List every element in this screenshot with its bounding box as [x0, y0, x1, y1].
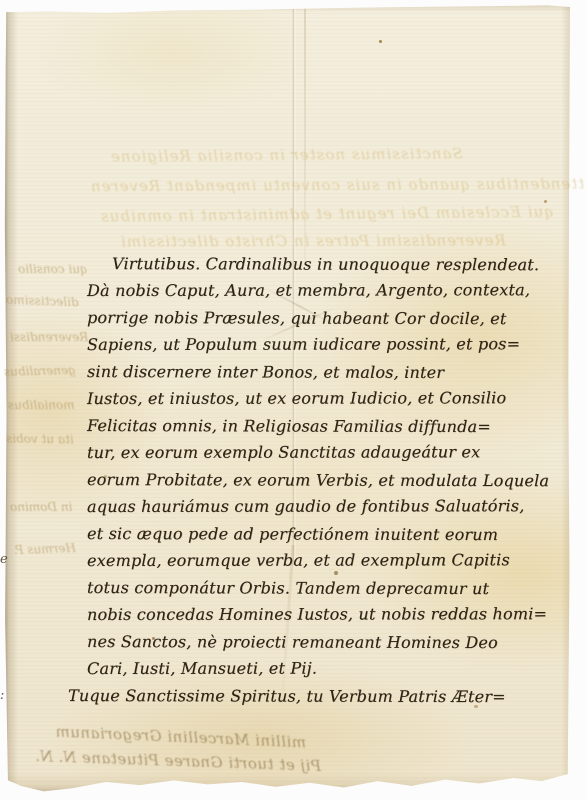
manuscript-line: Iustos, et iniustos, ut ex eorum Iudicio…: [87, 384, 569, 412]
manuscript-text-block: Virtutibus. Cardinalibus in unoquoque re…: [87, 250, 569, 709]
manuscript-line: totus componátur Orbis. Tandem deprecamu…: [87, 574, 569, 602]
manuscript-line: Tuque Sanctissime Spiritus, tu Verbum Pa…: [68, 682, 569, 710]
scanned-manuscript-page: Sanctissimus noster in consilia Religion…: [0, 0, 586, 800]
paper-speck: [379, 40, 382, 43]
manuscript-line: Felicitas omnis, in Religiosas Familias …: [87, 412, 569, 440]
manuscript-line: Cari, Iusti, Mansueti, et Pij.: [87, 654, 569, 682]
manuscript-line: aquas hauriámus cum gaudio de fontibus S…: [87, 492, 569, 520]
manuscript-line: tur, ex eorum exemplo Sanctitas adaugeát…: [87, 438, 569, 466]
manuscript-line: nobis concedas Homines Iustos, ut nobis …: [87, 600, 569, 628]
manuscript-line: sint discernere inter Bonos, et malos, i…: [87, 358, 569, 386]
manuscript-line: Dà nobis Caput, Aura, et membra, Argento…: [87, 276, 569, 304]
fold-crease-secondary: [304, 5, 306, 265]
paper-speck: [544, 200, 547, 203]
manuscript-line: eorum Probitate, ex eorum Verbis, et mod…: [87, 466, 569, 494]
manuscript-line: Sapiens, ut Populum suum iudicare possin…: [87, 330, 569, 358]
manuscript-line: nes Sanctos, nè proiecti remaneant Homin…: [87, 628, 569, 656]
ink-edge-mark: :: [0, 688, 4, 703]
manuscript-line: et sic æquo pede ad perfectiónem inuiten…: [87, 520, 569, 548]
manuscript-line: porrige nobis Præsules, qui habeant Cor …: [87, 304, 569, 332]
manuscript-line: Virtutibus. Cardinalibus in unoquoque re…: [87, 250, 569, 278]
manuscript-line: exempla, eorumque verba, et ad exemplum …: [87, 546, 569, 574]
